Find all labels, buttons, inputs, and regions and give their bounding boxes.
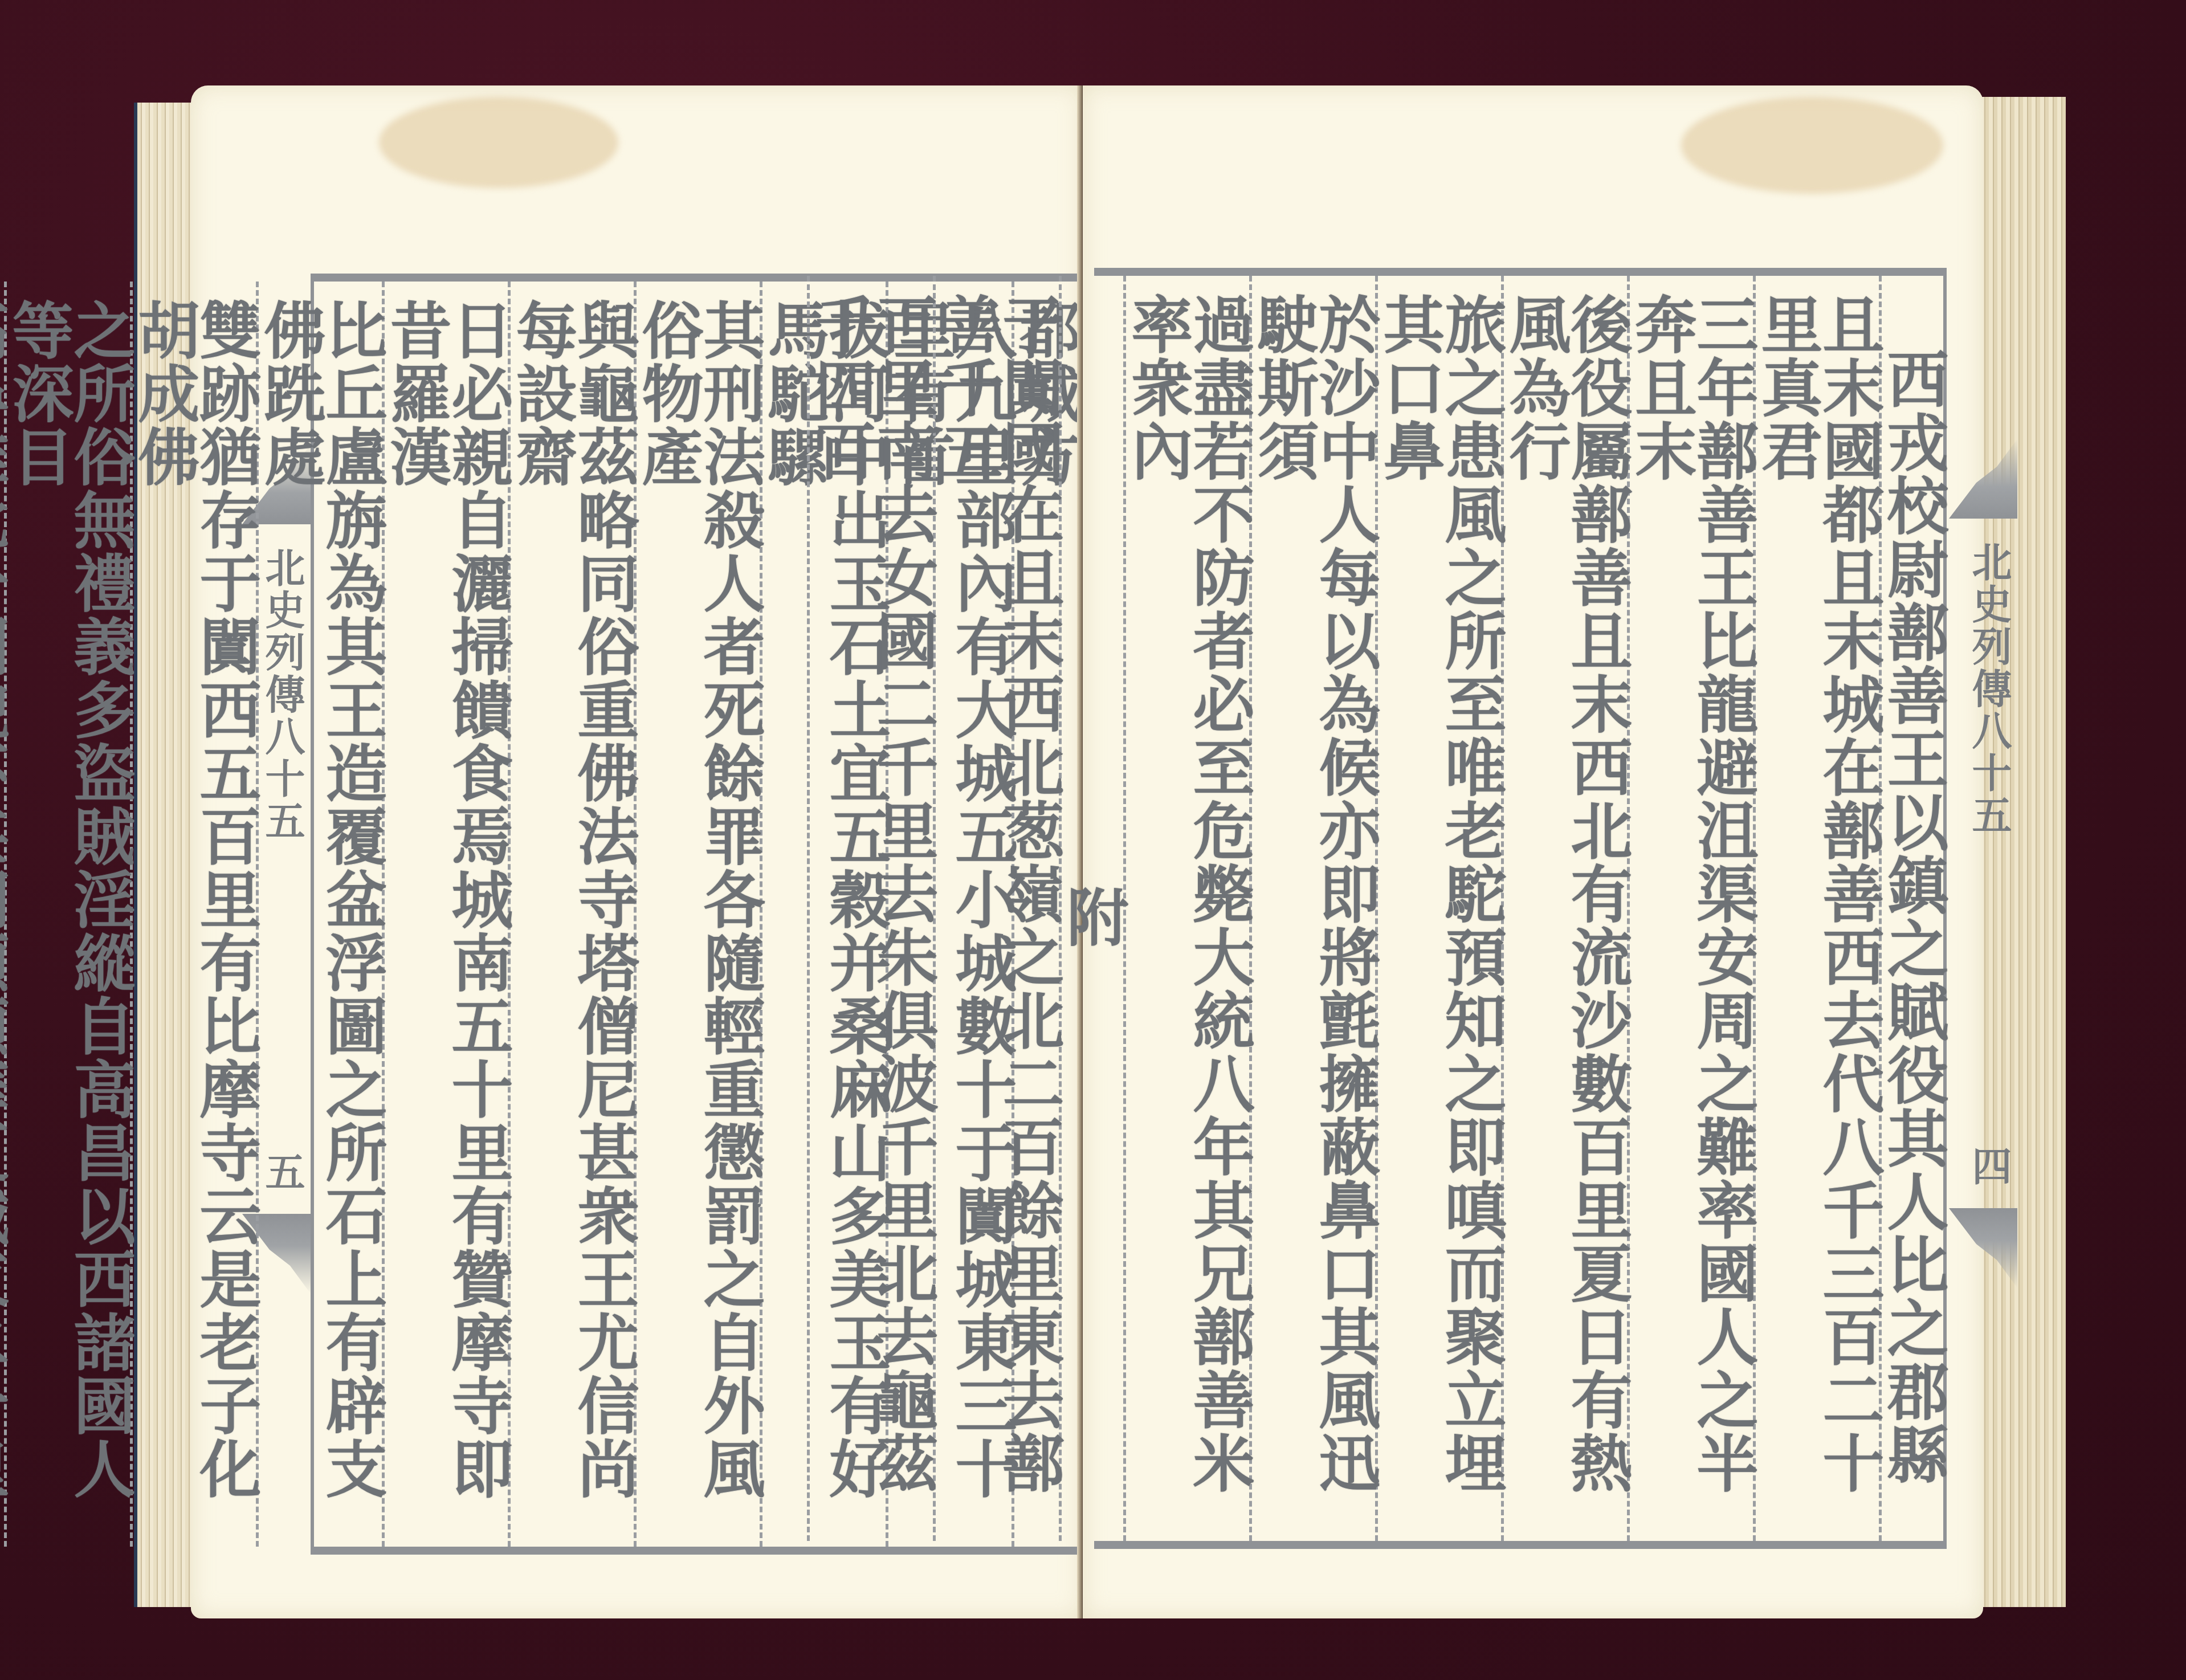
column-text: 三年鄯善王比龍避沮渠安周之難率國人之半奔且末 [1630,293,1753,1541]
column-text: 西戎校尉鄯善王以鎮之賦役其人比之郡縣 [1882,348,1943,1486]
text-column: 比丘盧旃為其王造覆盆浮圖之所石上有辟支佛跣處 [256,282,382,1547]
column-text: 高鼻唯此一國貌不甚胡頗類華夏城東二十里有大水 [0,299,4,1547]
text-column: 後役屬鄯善且末西北有流沙數百里夏日有熱風為行 [1501,276,1627,1541]
column-text: 于闐國在且末西北葱嶺之北二百餘里東去鄯善千五 [936,293,1059,1541]
open-book: 北史列傳八十五 五 里去代九千八百里其地方亘千里連山相次所都城方 八九里部內有大… [134,80,2066,1630]
water-stain [379,97,618,188]
text-column: 與龜茲略同俗重佛法寺塔僧尼甚衆王尤信尚每設齋 [508,282,634,1547]
text-column: 之所俗無禮義多盜賊淫縱自高昌以西諸國人等深目 [4,282,130,1547]
text-column: 附 [1059,276,1123,1541]
column-text: 後役屬鄯善且末西北有流沙數百里夏日有熱風為行 [1504,293,1627,1541]
column-text: 百里南去女國二千里去朱俱波千里北去龜茲千四百 [810,293,933,1541]
text-column: 于闐國在且末西北葱嶺之北二百餘里東去鄯善千五 [933,276,1059,1541]
text-column: 旅之患風之所至唯老駝預知之即嗔而聚立埋其口鼻 [1375,276,1501,1541]
column-text: 附 [1062,886,1123,949]
text-column: 其刑法殺人者死餘罪各隨輕重懲罰之自外風俗物產 [634,282,760,1547]
text-column: 雙跡猶存于闐西五百里有比摩寺云是老子化胡成佛 [130,282,256,1547]
text-column: 三年鄯善王比龍避沮渠安周之難率國人之半奔且末 [1627,276,1753,1541]
column-text: 比丘盧旃為其王造覆盆浮圖之所石上有辟支佛跣處 [259,299,382,1547]
text-column: 高鼻唯此一國貌不甚胡頗類華夏城東二十里有大水 [0,282,4,1547]
column-text: 其刑法殺人者死餘罪各隨輕重懲罰之自外風俗物產 [637,299,760,1547]
fish-tail-ornament-top [1949,439,2017,519]
column-text: 且末國都且末城在鄯善西去代八千三百二十里真君 [1756,293,1879,1541]
right-text-columns: 西戎校尉鄯善王以鎮之賦役其人比之郡縣 且末國都且末城在鄯善西去代八千三百二十里真… [1094,276,1943,1541]
text-column: 過盡若不防者必至危斃大統八年其兄鄯善米率衆內 [1123,276,1249,1541]
right-margin-page-number: 四 [1960,1145,2018,1185]
column-text: 日必親自灑掃饋食焉城南五十里有贊摩寺即昔羅漢 [385,299,508,1547]
water-stain [1681,97,1943,194]
text-column: 於沙中人每以為候亦即將氈擁蔽鼻口其風迅駛斯須 [1249,276,1375,1541]
column-text: 旅之患風之所至唯老駝預知之即嗔而聚立埋其口鼻 [1378,293,1501,1541]
right-margin-title: 北史列傳八十五 [1960,541,2018,837]
column-text: 過盡若不防者必至危斃大統八年其兄鄯善米率衆內 [1126,293,1249,1541]
text-column: 百里南去女國二千里去朱俱波千里北去龜茲千四百 [807,276,933,1541]
text-column: 日必親自灑掃饋食焉城南五十里有贊摩寺即昔羅漢 [382,282,508,1547]
right-text-frame: 西戎校尉鄯善王以鎮之賦役其人比之郡縣 且末國都且末城在鄯善西去代八千三百二十里真… [1094,268,1947,1549]
text-column: 且末國都且末城在鄯善西去代八千三百二十里真君 [1753,276,1879,1541]
column-text: 雙跡猶存于闐西五百里有比摩寺云是老子化胡成佛 [133,299,256,1547]
column-text: 與龜茲略同俗重佛法寺塔僧尼甚衆王尤信尚每設齋 [511,299,634,1547]
fish-tail-ornament-bottom [1949,1208,2017,1288]
column-text: 之所俗無禮義多盜賊淫縱自高昌以西諸國人等深目 [7,299,130,1547]
text-column: 西戎校尉鄯善王以鎮之賦役其人比之郡縣 [1879,276,1943,1541]
right-page-margin-strip: 北史列傳八十五 四 [1949,268,2017,1533]
column-text: 於沙中人每以為候亦即將氈擁蔽鼻口其風迅駛斯須 [1252,293,1375,1541]
